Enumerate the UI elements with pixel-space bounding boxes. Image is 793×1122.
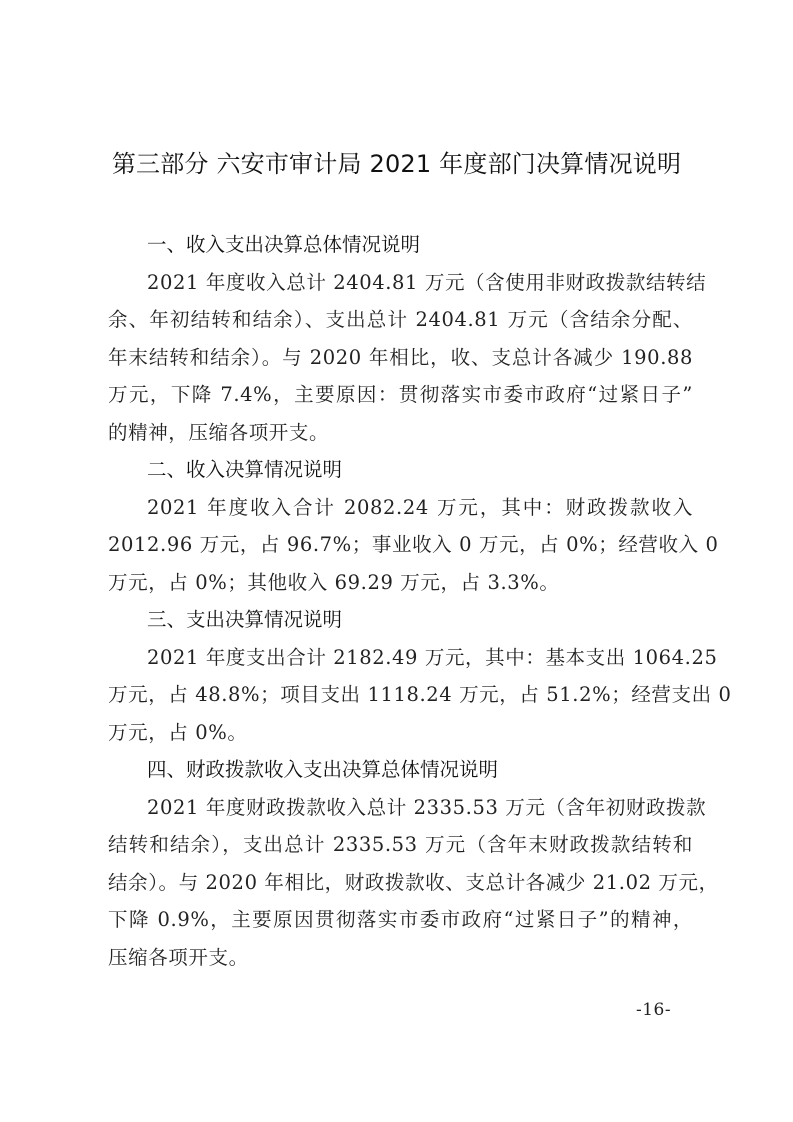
- section-heading: 四、财政拨款收入支出决算总体情况说明: [108, 751, 693, 789]
- section-3: 三、支出决算情况说明 2021 年度支出合计 2182.49 万元，其中：基本支…: [108, 601, 693, 751]
- paragraph-line: 下降 0.9%，主要原因贯彻落实市委市政府“过紧日子”的精神，: [108, 901, 693, 939]
- paragraph-line: 结余）。与 2020 年相比，财政拨款收、支总计各减少 21.02 万元，: [108, 864, 693, 902]
- section-paragraph: 2021 年度财政拨款收入总计 2335.53 万元（含年初财政拨款 结转和结余…: [108, 789, 693, 977]
- paragraph-line: 2021 年度收入合计 2082.24 万元，其中：财政拨款收入: [108, 489, 693, 527]
- document-page: 第三部分 六安市审计局 2021 年度部门决算情况说明 一、收入支出决算总体情况…: [0, 0, 793, 1122]
- document-body: 一、收入支出决算总体情况说明 2021 年度收入总计 2404.81 万元（含使…: [108, 226, 693, 976]
- paragraph-line: 2021 年度支出合计 2182.49 万元，其中：基本支出 1064.25: [108, 639, 693, 677]
- paragraph-line: 万元，下降 7.4%，主要原因：贯彻落实市委市政府“过紧日子”: [108, 376, 693, 414]
- paragraph-line: 万元，占 0%；其他收入 69.29 万元，占 3.3%。: [108, 564, 693, 602]
- paragraph-line: 2021 年度收入总计 2404.81 万元（含使用非财政拨款结转结: [108, 264, 693, 302]
- section-heading: 一、收入支出决算总体情况说明: [108, 226, 693, 264]
- paragraph-line: 万元，占 0%。: [108, 714, 693, 752]
- section-4: 四、财政拨款收入支出决算总体情况说明 2021 年度财政拨款收入总计 2335.…: [108, 751, 693, 976]
- paragraph-line: 余、年初结转和结余）、支出总计 2404.81 万元（含结余分配、: [108, 301, 693, 339]
- paragraph-line: 压缩各项开支。: [108, 939, 693, 977]
- paragraph-line: 的精神，压缩各项开支。: [108, 414, 693, 452]
- section-2: 二、收入决算情况说明 2021 年度收入合计 2082.24 万元，其中：财政拨…: [108, 451, 693, 601]
- section-paragraph: 2021 年度收入总计 2404.81 万元（含使用非财政拨款结转结 余、年初结…: [108, 264, 693, 452]
- paragraph-line: 2021 年度财政拨款收入总计 2335.53 万元（含年初财政拨款: [108, 789, 693, 827]
- section-heading: 二、收入决算情况说明: [108, 451, 693, 489]
- paragraph-line: 万元，占 48.8%；项目支出 1118.24 万元，占 51.2%；经营支出 …: [108, 676, 693, 714]
- page-number: -16-: [636, 1000, 671, 1020]
- page-title: 第三部分 六安市审计局 2021 年度部门决算情况说明: [0, 146, 793, 182]
- section-paragraph: 2021 年度支出合计 2182.49 万元，其中：基本支出 1064.25 万…: [108, 639, 693, 752]
- paragraph-line: 年末结转和结余）。与 2020 年相比，收、支总计各减少 190.88: [108, 339, 693, 377]
- section-heading: 三、支出决算情况说明: [108, 601, 693, 639]
- paragraph-line: 2012.96 万元，占 96.7%；事业收入 0 万元，占 0%；经营收入 0: [108, 526, 693, 564]
- paragraph-line: 结转和结余），支出总计 2335.53 万元（含年末财政拨款结转和: [108, 826, 693, 864]
- section-paragraph: 2021 年度收入合计 2082.24 万元，其中：财政拨款收入 2012.96…: [108, 489, 693, 602]
- section-1: 一、收入支出决算总体情况说明 2021 年度收入总计 2404.81 万元（含使…: [108, 226, 693, 451]
